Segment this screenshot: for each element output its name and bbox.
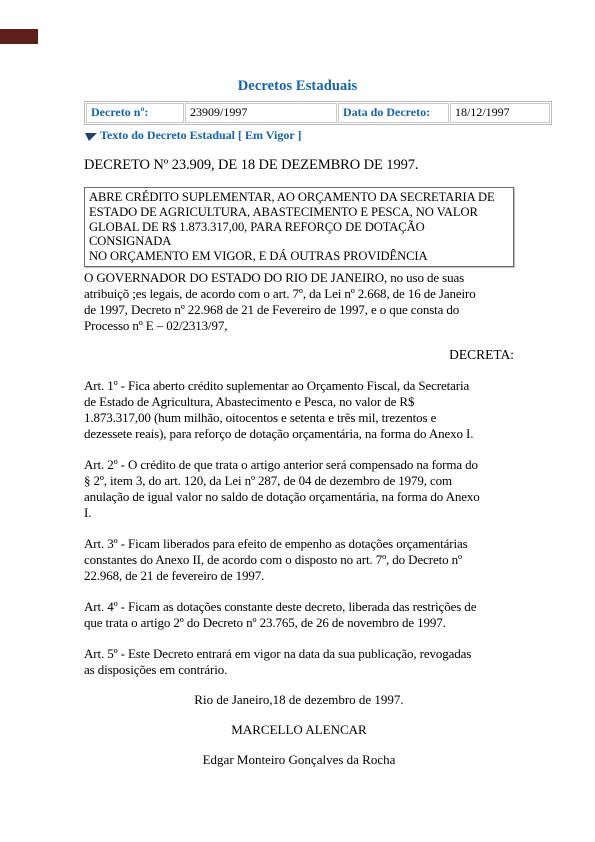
decree-number-value: 23909/1997 (185, 103, 337, 123)
article-5: Art. 5º - Este Decreto entrará em vigor … (84, 646, 514, 678)
page-title: Decretos Estaduais (0, 0, 595, 95)
decree-heading: DECRETO Nº 23.909, DE 18 DE DEZEMBRO DE … (84, 157, 514, 174)
decree-summary-text: ABRE CRÉDITO SUPLEMENTAR, AO ORÇAMENTO D… (89, 190, 509, 264)
decree-number-label: Decreto nº: (86, 103, 184, 123)
secretary-signature: Edgar Monteiro Gonçalves da Rocha (84, 752, 514, 768)
decreta-label: DECRETA: (84, 347, 514, 363)
article-2: Art. 2º - O crédito de que trata o artig… (84, 457, 514, 521)
content-column: Decreto nº: 23909/1997 Data do Decreto: … (84, 101, 514, 768)
decree-preamble: O GOVERNADOR DO ESTADO DO RIO DE JANEIRO… (84, 270, 514, 334)
decree-date-label: Data do Decreto: (338, 103, 449, 123)
table-row: Decreto nº: 23909/1997 Data do Decreto: … (86, 103, 550, 123)
document-page: Decretos Estaduais Decreto nº: 23909/199… (0, 0, 595, 842)
decree-meta-table: Decreto nº: 23909/1997 Data do Decreto: … (84, 101, 552, 125)
place-date: Rio de Janeiro,18 de dezembro de 1997. (84, 692, 514, 708)
decree-text-link[interactable]: Texto do Decreto Estadual [ Em Vigor ] (84, 128, 514, 143)
corner-mark (0, 29, 38, 44)
triangle-down-icon (83, 133, 97, 141)
article-3: Art. 3º - Ficam liberados para efeito de… (84, 536, 514, 584)
decree-summary-box: ABRE CRÉDITO SUPLEMENTAR, AO ORÇAMENTO D… (84, 187, 514, 267)
governor-signature: MARCELLO ALENCAR (84, 722, 514, 738)
decree-text-link-label[interactable]: Texto do Decreto Estadual [ Em Vigor ] (100, 128, 301, 143)
article-4: Art. 4º - Ficam as dotações constante de… (84, 599, 514, 631)
decree-date-value: 18/12/1997 (450, 103, 550, 123)
article-1: Art. 1º - Fica aberto crédito suplementa… (84, 378, 514, 442)
